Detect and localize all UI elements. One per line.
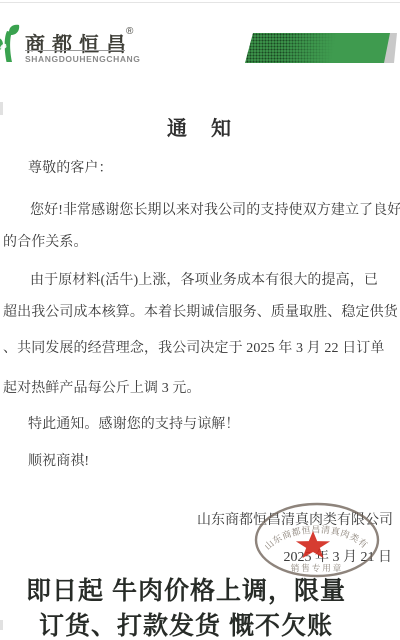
body-line: 特此通知。感谢您的支持与谅解！ (28, 413, 240, 433)
brand-name-cn: 商都恒昌 (25, 28, 133, 57)
notice-title: 通 知 (0, 112, 400, 141)
header-stripe-green-segment (240, 33, 390, 63)
closing-line: 顺祝商祺! (28, 450, 89, 470)
body-line: 的合作关系。 (3, 231, 88, 251)
body-line: 由于原材料(活牛)上涨，各项业务成本有很大的提高，已 (30, 269, 378, 289)
body-line: 起对热鲜产品每公斤上调 3 元。 (3, 377, 201, 397)
registered-mark: ® (126, 26, 133, 37)
footer-banner: 即日起 牛肉价格上调，限量 订货、打款发货 慨不欠账 (0, 574, 372, 640)
top-divider (0, 2, 400, 3)
company-stamp: 山东商都恒昌清真肉类有限公司 销售专用章 (249, 500, 385, 580)
stamp-seal-text: 销售专用章 (291, 563, 344, 573)
body-line: 、共同发展的经营理念，我公司决定于 2025 年 3 月 22 日订单 (3, 337, 385, 357)
body-line: 您好!非常感谢您长期以来对我公司的支持使双方建立了良好 (30, 199, 400, 219)
notice-document: 商都恒昌 ® SHANGDOUHENGCHANG 通 知 尊敬的客户： 您好!非… (0, 0, 400, 640)
body-line: 超出我公司成本核算。本着长期诚信服务、质量取胜、稳定供货 (3, 301, 398, 321)
footer-banner-line2: 订货、打款发货 慨不欠账 (0, 609, 372, 640)
brand-logo-icon (0, 24, 22, 64)
brand-underline (25, 50, 125, 51)
header-stripe (240, 33, 400, 63)
brand-name-en: SHANGDOUHENGCHANG (25, 54, 125, 64)
salutation: 尊敬的客户： (28, 157, 113, 177)
